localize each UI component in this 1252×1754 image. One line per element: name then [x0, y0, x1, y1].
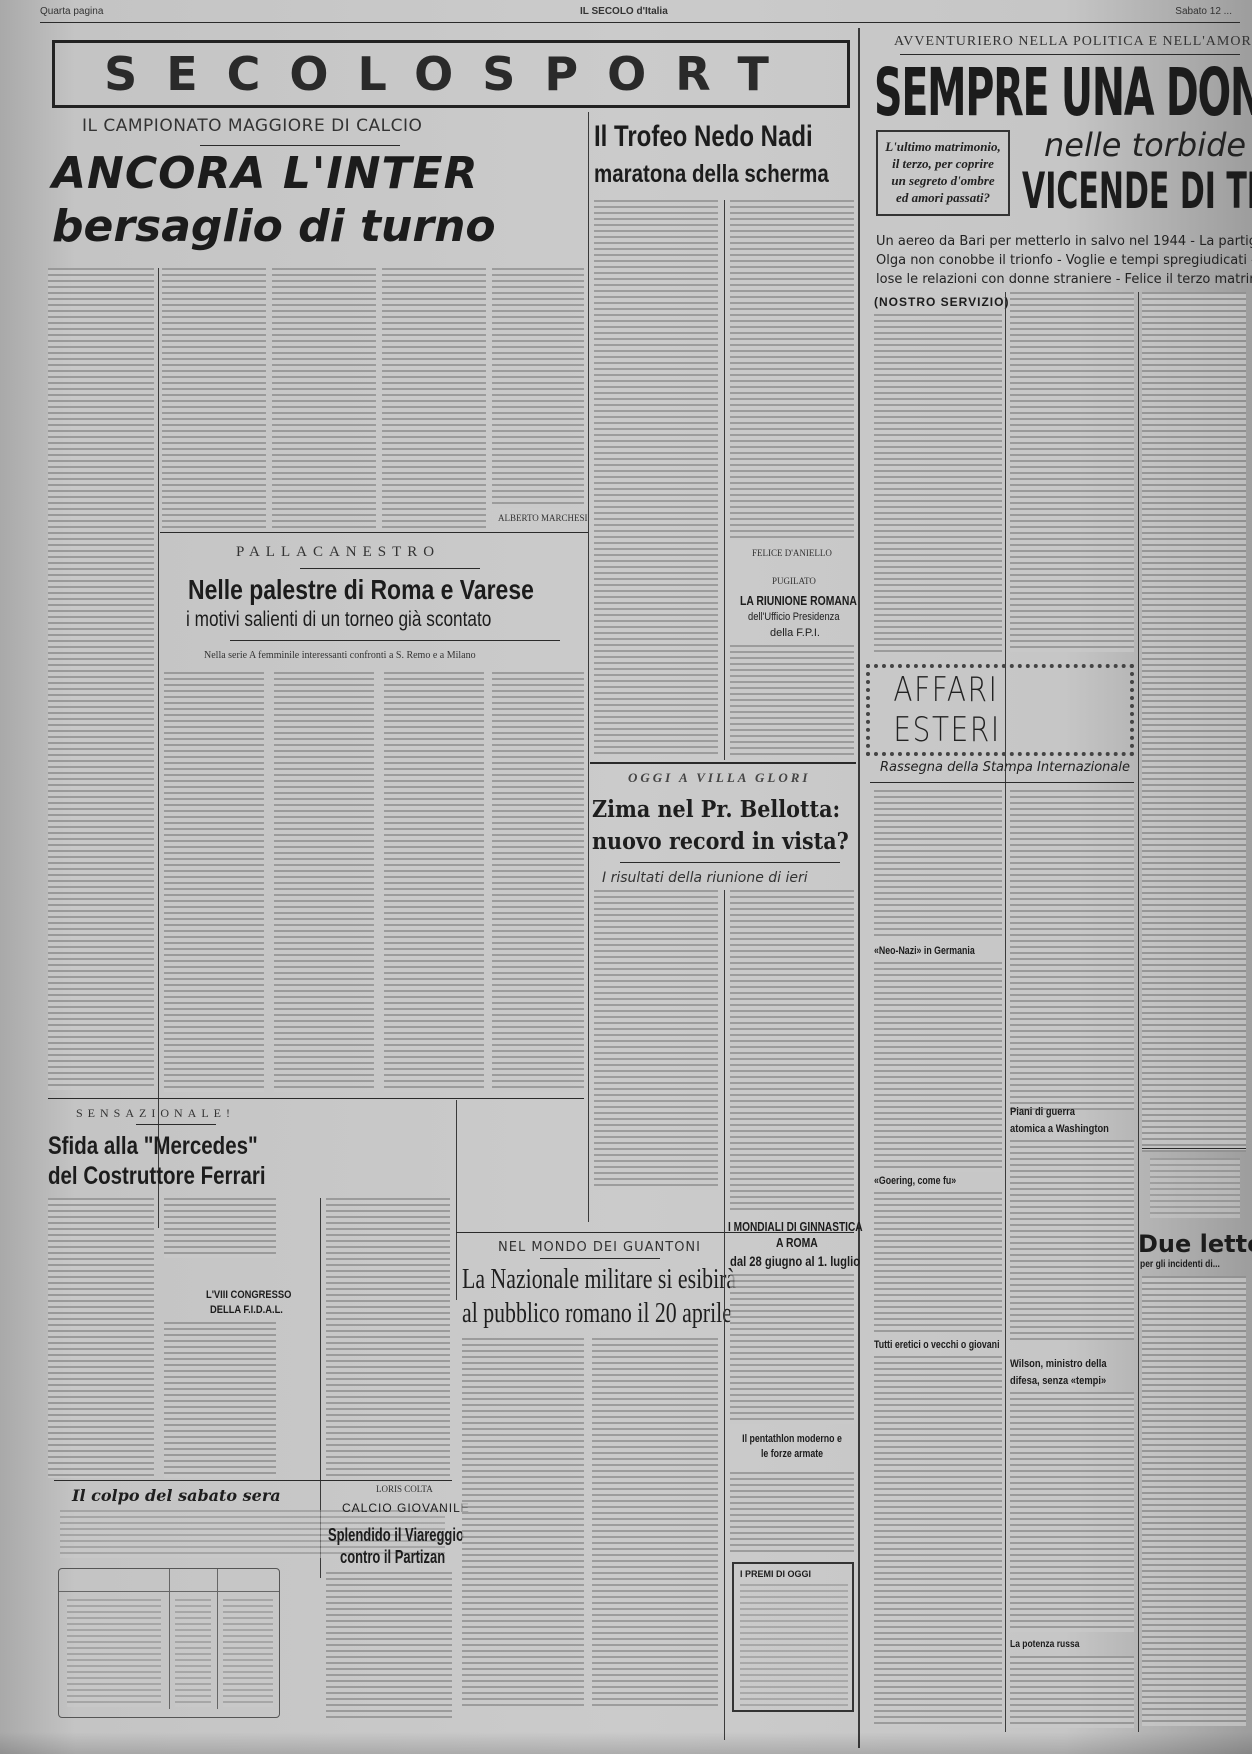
racing-headline-1: Zima nel Pr. Bellotta:: [592, 796, 840, 823]
pentathlon-subhead: Il pentathlon moderno e le forze armate: [740, 1432, 844, 1463]
ferrari-column-2: [164, 1198, 276, 1258]
pentathlon-text: [730, 1472, 854, 1552]
page-shadow: [0, 1732, 1252, 1754]
column-divider: [858, 28, 860, 1748]
basketball-column-3: [384, 672, 484, 1092]
foreign-affairs-column-1b: [874, 962, 1002, 1172]
main-story-column-4: [382, 268, 486, 530]
basketball-deck: Nella serie A femminile interessanti con…: [204, 650, 476, 661]
running-head: Quarta pagina IL SECOLO d'Italia Sabato …: [40, 6, 1232, 20]
subhead-neo-nazi: «Neo-Nazi» in Germania: [874, 946, 975, 957]
col-rule: [724, 200, 725, 760]
table-divider: [217, 1569, 218, 1709]
sidebox-line: il terzo, per coprire: [882, 155, 1004, 172]
basketball-column-4: [492, 672, 584, 1092]
boxing-headline-2: al pubblico romano il 20 aprile: [462, 1298, 732, 1330]
foreign-affairs-column-2b: [1010, 1140, 1134, 1340]
rule: [870, 782, 1134, 783]
tito-sidebox: L'ultimo matrimonio, il terzo, per copri…: [876, 130, 1010, 216]
rule: [620, 862, 840, 863]
standings-table: [58, 1568, 280, 1718]
gymnastics-headline-2: A ROMA: [776, 1236, 818, 1249]
congress-headline-1: L'VIII CONGRESSO: [206, 1290, 291, 1301]
basketball-column-2: [274, 672, 374, 1092]
col-rule: [1138, 292, 1139, 1732]
table-values: [175, 1599, 211, 1707]
table-divider: [169, 1569, 170, 1709]
sidebox-line: L'ultimo matrimonio,: [882, 138, 1004, 155]
letters-headline: Due lettere: [1138, 1232, 1252, 1256]
newspaper-name: IL SECOLO d'Italia: [580, 6, 668, 17]
top-rule: [40, 22, 1240, 23]
basketball-column-1: [164, 672, 264, 1092]
ferrari-section: SENSAZIONALE!: [76, 1106, 235, 1121]
letters-intro: [1150, 1158, 1240, 1218]
ferrari-headline-2: del Costruttore Ferrari: [48, 1164, 266, 1189]
main-story-column-3: [272, 268, 376, 530]
deck-line: Un aereo da Bari per metterlo in salvo n…: [876, 232, 1252, 251]
rule: [230, 640, 560, 641]
deck-line: Olga non conobbe il trionfo - Voglie e t…: [876, 251, 1252, 270]
col-rule: [1005, 292, 1006, 1732]
table-values: [223, 1599, 273, 1707]
race-entries-box: I PREMI DI OGGI: [732, 1562, 854, 1712]
ferrari-column-1: [48, 1198, 154, 1478]
racing-column-2: [730, 890, 854, 1210]
ferrari-headline-1: Sfida alla "Mercedes": [48, 1134, 258, 1159]
racing-deck: I risultati della riunione di ieri: [602, 870, 808, 886]
table-header-rule: [59, 1591, 279, 1592]
letters-deck: per gli incidenti di...: [1140, 1260, 1220, 1270]
main-headline-2: bersaglio di turno: [52, 205, 496, 249]
gymnastics-headline-1: I MONDIALI DI GINNASTICA: [728, 1220, 863, 1233]
fencing-headline-1: Il Trofeo Nedo Nadi: [594, 122, 813, 152]
main-story-column-5: [492, 268, 584, 508]
basketball-section: PALLACANESTRO: [236, 544, 440, 561]
tito-kicker: AVVENTURIERO NELLA POLITICA E NELL'AMORE: [894, 34, 1252, 50]
subhead-goering: «Goering, come fu»: [874, 1176, 956, 1187]
boxing-column-1: [462, 1338, 584, 1710]
race-entries-title: I PREMI DI OGGI: [740, 1570, 811, 1579]
rule: [54, 1480, 452, 1481]
fpi-headline-1: LA RIUNIONE ROMANA: [740, 594, 857, 607]
rule: [1142, 1148, 1246, 1149]
letters-text: [1142, 1276, 1246, 1726]
tito-headline-3: VICENDE DI TITO: [1022, 166, 1252, 216]
race-entries-list: [740, 1584, 848, 1706]
foreign-affairs-column-1c: [874, 1192, 1002, 1332]
col-rule: [588, 112, 589, 1222]
rule: [160, 532, 588, 533]
youth-kicker: CALCIO GIOVANILE: [342, 1502, 470, 1514]
rule: [48, 1098, 584, 1099]
tito-deck: Un aereo da Bari per metterlo in salvo n…: [876, 232, 1252, 289]
kicker-rule: [200, 145, 400, 146]
youth-headline-1: Splendido il Viareggio: [328, 1526, 464, 1544]
tito-dateline: (NOSTRO SERVIZIO): [874, 296, 1009, 308]
youth-text: [326, 1572, 452, 1720]
foreign-affairs-column-2a: [1010, 790, 1134, 1110]
fencing-column-2: [730, 200, 854, 540]
newspaper-page: Quarta pagina IL SECOLO d'Italia Sabato …: [0, 0, 1252, 1754]
sidebox-line: ed amori passati?: [882, 189, 1004, 206]
table-team-names: [67, 1599, 161, 1707]
main-story-column-2: [162, 268, 266, 530]
boxing-kicker: NEL MONDO DEI GUANTONI: [498, 1240, 701, 1255]
subhead-wilson: Wilson, ministro della difesa, senza «te…: [1010, 1356, 1115, 1389]
deck-line: lose le relazioni con donne straniere - …: [876, 270, 1252, 289]
fencing-headline-2: maratona della scherma: [594, 162, 829, 187]
tito-headline-1: SEMPRE UNA DONNA: [874, 60, 1252, 126]
boxing-column-2: [592, 1338, 718, 1710]
racing-column-1: [594, 890, 718, 1190]
ferrari-column-3: [326, 1198, 450, 1478]
sidebox-line: un segreto d'ombre: [882, 172, 1004, 189]
foreign-affairs-column-2d: [1010, 1656, 1134, 1728]
fencing-byline: FELICE D'ANIELLO: [752, 548, 832, 558]
main-kicker: IL CAMPIONATO MAGGIORE DI CALCIO: [82, 116, 422, 136]
foreign-affairs-column-1a: [874, 790, 1002, 940]
col-rule: [724, 1210, 725, 1740]
saturday-headline: Il colpo del sabato sera: [72, 1486, 281, 1505]
fencing-column-1: [594, 200, 718, 755]
fpi-headline-2: dell'Ufficio Presidenza: [748, 612, 840, 623]
youth-byline: LORIS COLTA: [376, 1484, 433, 1494]
page-label: Quarta pagina: [40, 6, 103, 17]
basketball-headline-2: i motivi salienti di un torneo già scont…: [186, 609, 491, 630]
congress-headline-2: DELLA F.I.D.A.L.: [210, 1305, 283, 1316]
col-rule: [724, 890, 725, 1210]
rule: [136, 1124, 216, 1125]
fpi-text: [730, 645, 854, 757]
gymnastics-text: [730, 1274, 854, 1424]
subhead-russia: La potenza russa: [1010, 1640, 1079, 1650]
col-rule: [456, 1100, 457, 1300]
foreign-affairs-column-1d: [874, 1356, 1002, 1726]
main-byline: ALBERTO MARCHESI: [498, 513, 588, 523]
boxing-headline-1: La Nazionale militare si esibirà: [462, 1264, 736, 1296]
gymnastics-headline-3: dal 28 giugno al 1. luglio: [730, 1254, 860, 1268]
fpi-headline-3: della F.P.I.: [770, 628, 820, 639]
tito-column-1: [874, 314, 1002, 654]
date-line: Sabato 12 ...: [1175, 6, 1232, 17]
youth-headline-2: contro il Partizan: [340, 1548, 445, 1566]
basketball-headline-1: Nelle palestre di Roma e Varese: [188, 576, 534, 604]
foreign-affairs-subtitle: Rassegna della Stampa Internazionale: [880, 760, 1130, 775]
rule: [540, 1258, 660, 1259]
rule: [300, 568, 480, 569]
tito-headline-2: nelle torbide: [1044, 126, 1246, 164]
main-headline-1: ANCORA L'INTER: [52, 152, 478, 196]
tito-column-2: [1010, 292, 1134, 652]
foreign-affairs-column-2c: [1010, 1392, 1134, 1632]
col-rule: [158, 268, 159, 1228]
section-title: SECOLOSPORT: [104, 47, 798, 101]
rule: [590, 762, 856, 764]
section-masthead: SECOLOSPORT: [52, 40, 850, 108]
subhead-atomic: Piani di guerra atomica a Washington: [1010, 1104, 1112, 1137]
subhead-heretics: Tutti eretici o vecchi o giovani: [874, 1340, 1000, 1351]
main-story-column-1: [48, 268, 154, 1090]
congress-text: [164, 1322, 276, 1478]
fpi-kicker: PUGILATO: [772, 576, 816, 586]
tito-column-3: [1142, 292, 1246, 1152]
racing-headline-2: nuovo record in vista?: [592, 828, 849, 855]
foreign-affairs-title: AFFARI ESTERI: [893, 670, 1106, 750]
foreign-affairs-banner: AFFARI ESTERI: [866, 664, 1134, 756]
racing-kicker: OGGI A VILLA GLORI: [628, 770, 810, 786]
